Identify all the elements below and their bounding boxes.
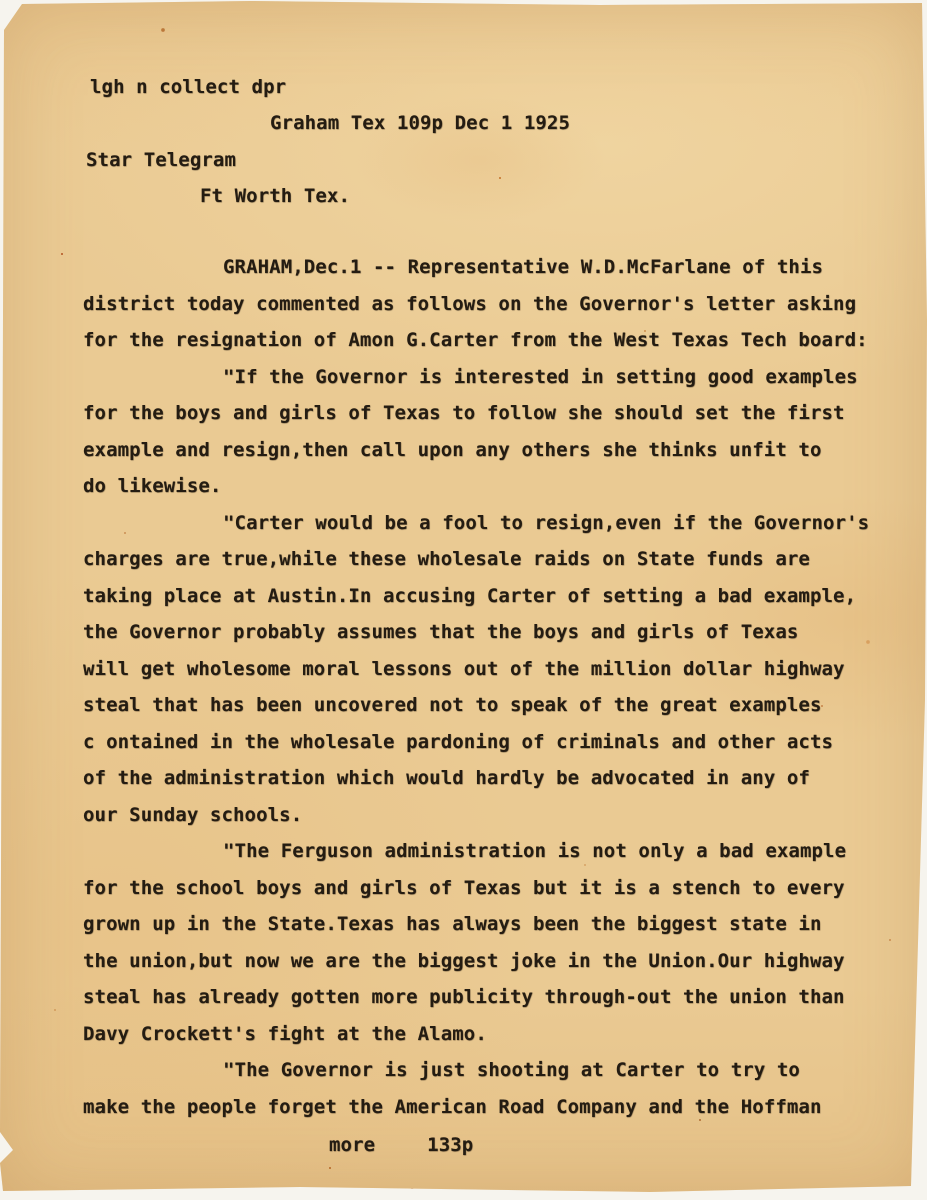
body-line: district today commented as follows on t… (83, 286, 883, 323)
body-line: "The Governor is just shooting at Carter… (83, 1052, 883, 1089)
body-line: for the boys and girls of Texas to follo… (83, 395, 883, 432)
recipient-address: Ft Worth Tex. (200, 185, 350, 207)
body-line: taking place at Austin.In accusing Carte… (83, 578, 883, 615)
body-line: will get wholesome moral lessons out of … (83, 651, 883, 688)
more-label: more (329, 1134, 375, 1156)
body-line: "If the Governor is interested in settin… (83, 359, 883, 396)
telegram-footer: more 133p (329, 1134, 473, 1156)
body-line: steal that has been uncovered not to spe… (83, 687, 883, 724)
telegram-body: GRAHAM,Dec.1 -- Representative W.D.McFar… (83, 249, 883, 1125)
page-code: 133p (427, 1134, 473, 1156)
body-line: steal has already gotten more publicity … (83, 979, 883, 1016)
body-line: grown up in the State.Texas has always b… (83, 906, 883, 943)
body-line: for the resignation of Amon G.Carter fro… (83, 322, 883, 359)
dateline: Graham Tex 109p Dec 1 1925 (270, 112, 570, 134)
body-line: GRAHAM,Dec.1 -- Representative W.D.McFar… (83, 249, 883, 286)
scan-background: lgh n collect dpr Graham Tex 109p Dec 1 … (0, 0, 927, 1200)
body-line: "The Ferguson administration is not only… (83, 833, 883, 870)
body-line: for the school boys and girls of Texas b… (83, 870, 883, 907)
recipient-name: Star Telegram (86, 149, 236, 171)
body-line: Davy Crockett's fight at the Alamo. (83, 1016, 883, 1053)
body-line: example and resign,then call upon any ot… (83, 432, 883, 469)
routing-line: lgh n collect dpr (90, 76, 286, 98)
body-line: c ontained in the wholesale pardoning of… (83, 724, 883, 761)
body-line: do likewise. (83, 468, 883, 505)
body-line: the Governor probably assumes that the b… (83, 614, 883, 651)
body-line: the union,but now we are the biggest jok… (83, 943, 883, 980)
body-line: charges are true,while these wholesale r… (83, 541, 883, 578)
body-line: our Sunday schools. (83, 797, 883, 834)
telegram-page: lgh n collect dpr Graham Tex 109p Dec 1 … (0, 0, 927, 1200)
body-line: "Carter would be a fool to resign,even i… (83, 505, 883, 542)
body-line: make the people forget the American Road… (83, 1089, 883, 1126)
body-line: of the administration which would hardly… (83, 760, 883, 797)
